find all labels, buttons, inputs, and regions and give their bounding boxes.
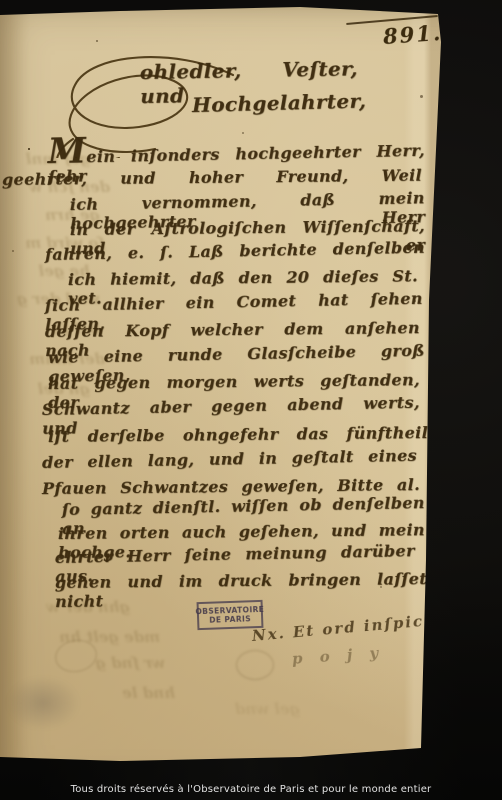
ink-speck [352,66,354,68]
folio-number: 891. [382,20,443,49]
ink-speck [414,300,416,302]
salutation-line-2: Hochgelahrter, [192,89,343,117]
manuscript-line: geehrter, und hoher Freund, Weil [2,166,422,189]
faint-pencil-loop [236,650,274,680]
ink-speck [12,250,14,252]
ink-speck [28,148,30,150]
manuscript-line: iſt derſelbe ohngefehr das fünftheil [48,423,428,446]
manuscript-line: der ellen lang, und in geſtalt eines [42,446,417,472]
archival-note-faint: p o j y [291,644,384,668]
ink-speck [380,586,382,588]
manuscript-paper: gef mnlden ſch wge hrnſo wird mhe gelwnd… [0,0,502,800]
graphite-smudge [6,676,80,730]
ink-speck [420,95,423,98]
ink-speck [242,132,244,134]
observatoire-de-paris-stamp: OBSERVATOIRE DE PARIS [197,600,264,630]
archival-note: Nx. Et ord inſpic [251,612,425,645]
scanned-manuscript-page: gef mnlden ſch wge hrnſo wird mhe gelwnd… [0,0,502,800]
ink-speck [96,40,98,42]
bleedthrough-fragment: gel wnd [150,700,300,718]
stamp-line-2: DE PARIS [209,614,251,624]
copyright-caption: Tous droits réservés à l'Observatoire de… [0,784,502,795]
